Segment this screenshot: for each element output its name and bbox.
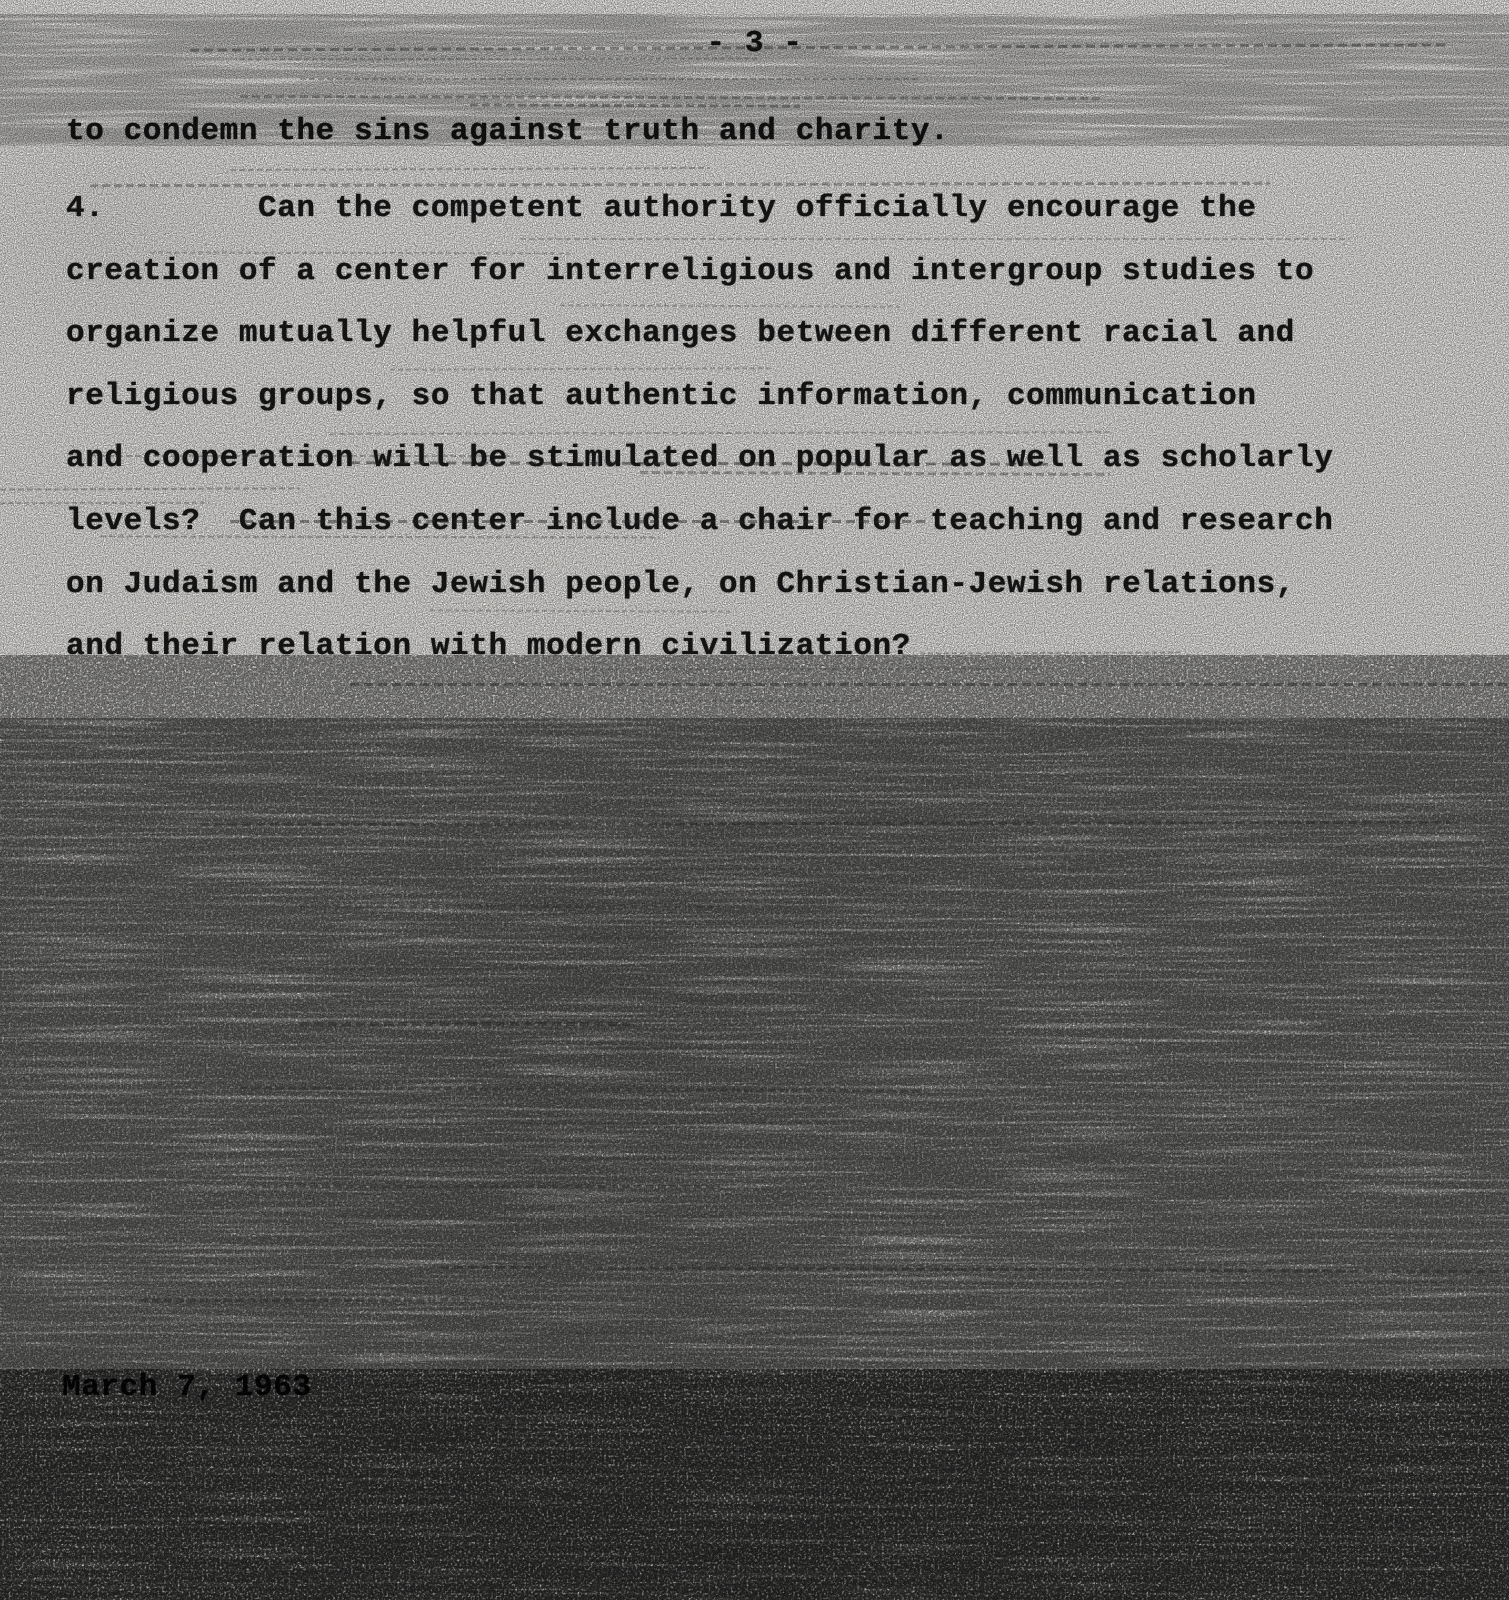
document-date: March 7, 1963 bbox=[62, 1368, 312, 1408]
document-line: 4. Can the competent authority officiall… bbox=[66, 178, 1333, 241]
document-line: organize mutually helpful exchanges betw… bbox=[66, 303, 1333, 366]
document-line: and their relation with modern civilizat… bbox=[66, 616, 1333, 679]
document-opening-line: to condemn the sins against truth and ch… bbox=[66, 112, 949, 152]
document-line: levels? Can this center include a chair … bbox=[66, 491, 1333, 554]
scanned-document-page: - 3 - to condemn the sins against truth … bbox=[0, 0, 1509, 1600]
document-line: religious groups, so that authentic info… bbox=[66, 366, 1333, 429]
document-paragraph: 4. Can the competent authority officiall… bbox=[66, 178, 1333, 679]
document-content: - 3 - to condemn the sins against truth … bbox=[0, 0, 1509, 1600]
document-line: creation of a center for interreligious … bbox=[66, 241, 1333, 304]
document-line: on Judaism and the Jewish people, on Chr… bbox=[66, 554, 1333, 617]
page-number: - 3 - bbox=[0, 24, 1509, 64]
document-line: and cooperation will be stimulated on po… bbox=[66, 428, 1333, 491]
